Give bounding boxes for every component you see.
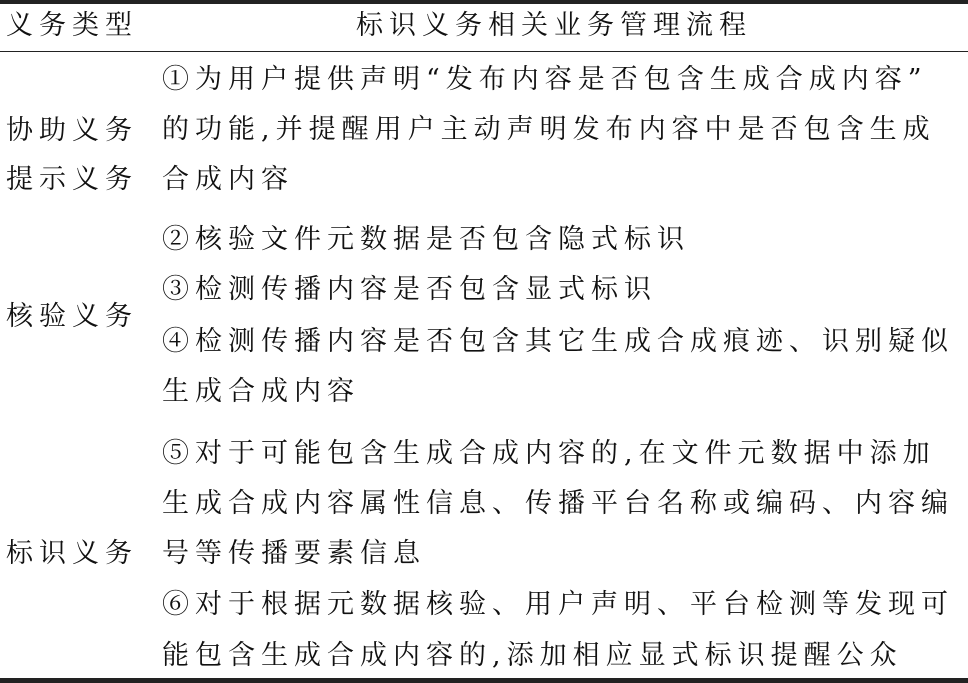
row-2-content-line-3: ④检测传播内容是否包含其它生成合成痕迹、识别疑似	[162, 317, 962, 367]
header-obligation-type: 义务类型	[6, 1, 156, 51]
header-process: 标识义务相关业务管理流程	[356, 1, 752, 51]
row-2-content-line-4: 生成合成内容	[162, 367, 962, 417]
header-separator	[0, 51, 968, 52]
row-1-type-line-2: 提示义务	[6, 155, 156, 205]
row-1-content-line-2: 的功能,并提醒用户主动声明发布内容中是否包含生成	[162, 105, 962, 155]
row-1-content-line-1: ①为用户提供声明“发布内容是否包含生成合成内容”	[162, 55, 962, 105]
row-1-type-line-1: 协助义务	[6, 106, 156, 156]
row-1-content-line-3: 合成内容	[162, 155, 962, 205]
row-2-content-line-2: ③检测传播内容是否包含显式标识	[162, 265, 962, 315]
table-bottom-border	[0, 678, 968, 683]
row-2-content-line-1: ②核验文件元数据是否包含隐式标识	[162, 215, 962, 265]
row-3-content-line-4: ⑥对于根据元数据核验、用户声明、平台检测等发现可	[162, 580, 962, 630]
row-3-content-line-2: 生成合成内容属性信息、传播平台名称或编码、内容编	[162, 479, 962, 529]
row-3-content-line-5: 能包含生成合成内容的,添加相应显式标识提醒公众	[162, 631, 962, 681]
row-3-type-line-1: 标识义务	[6, 529, 156, 579]
row-2-type-line-1: 核验义务	[6, 292, 156, 342]
row-3-content-line-3: 号等传播要素信息	[162, 529, 962, 579]
row-3-content-line-1: ⑤对于可能包含生成合成内容的,在文件元数据中添加	[162, 429, 962, 479]
